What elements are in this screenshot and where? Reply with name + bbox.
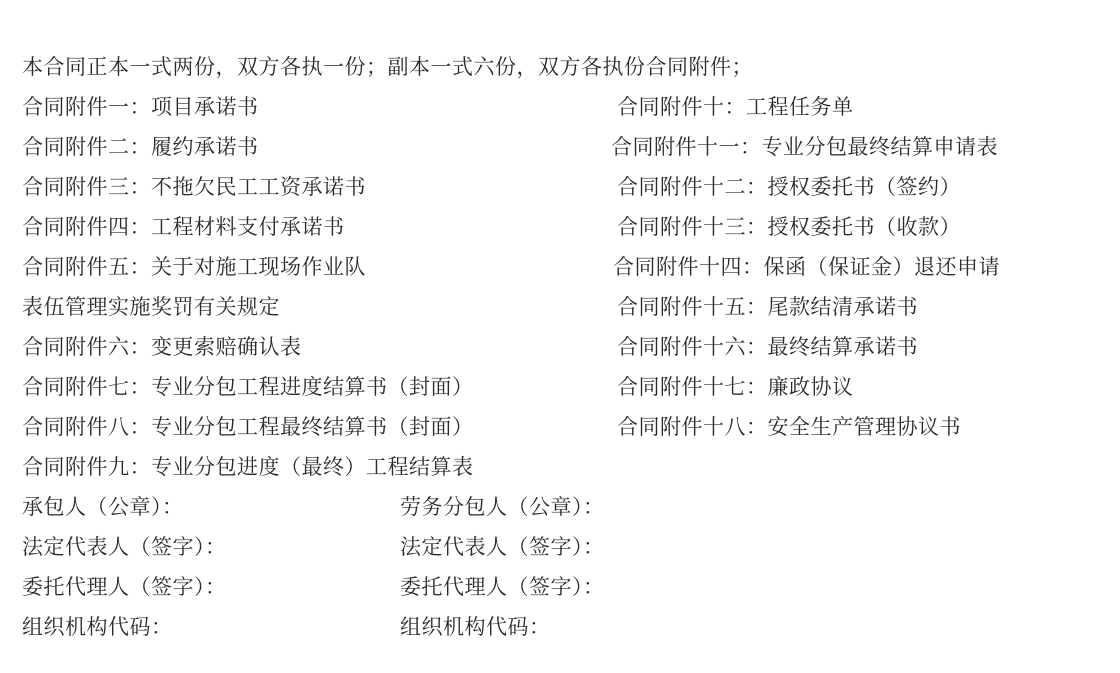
attachment-5: 合同附件五：关于对施工现场作业队 — [22, 253, 366, 281]
subcontractor-legal-rep-label: 法定代表人（签字）： — [400, 533, 605, 561]
subcontractor-org-code-label: 组织机构代码： — [400, 613, 551, 641]
attachment-11: 合同附件十一：专业分包最终结算申请表 — [611, 133, 998, 161]
contract-attachments-page: 本合同正本一式两份，双方各执一份；副本一式六份，双方各执份合同附件； 合同附件一… — [0, 0, 1120, 673]
attachment-8: 合同附件八：专业分包工程最终结算书（封面） — [22, 413, 474, 441]
attachment-9: 合同附件九：专业分包进度（最终）工程结算表 — [22, 453, 474, 481]
intro-paragraph: 本合同正本一式两份，双方各执一份；副本一式六份，双方各执份合同附件； — [22, 53, 753, 81]
attachment-6: 合同附件六：变更索赔确认表 — [22, 333, 302, 361]
subcontractor-agent-label: 委托代理人（签字）： — [400, 573, 605, 601]
attachment-5-continued: 表伍管理实施奖罚有关规定 — [22, 293, 280, 321]
attachment-4: 合同附件四：工程材料支付承诺书 — [22, 213, 345, 241]
contractor-agent-label: 委托代理人（签字）： — [22, 573, 227, 601]
attachment-2: 合同附件二：履约承诺书 — [22, 133, 259, 161]
contractor-org-code-label: 组织机构代码： — [22, 613, 173, 641]
subcontractor-seal-label: 劳务分包人（公章）： — [400, 493, 605, 521]
attachment-14: 合同附件十四：保函（保证金）退还申请 — [613, 253, 1000, 281]
attachment-17: 合同附件十七：廉政协议 — [617, 373, 854, 401]
contractor-legal-rep-label: 法定代表人（签字）： — [22, 533, 227, 561]
attachment-16: 合同附件十六：最终结算承诺书 — [617, 333, 918, 361]
contractor-seal-label: 承包人（公章）： — [22, 493, 184, 521]
attachment-10: 合同附件十：工程任务单 — [617, 93, 854, 121]
attachment-7: 合同附件七：专业分包工程进度结算书（封面） — [22, 373, 474, 401]
attachment-3: 合同附件三：不拖欠民工工资承诺书 — [22, 173, 366, 201]
attachment-12: 合同附件十二：授权委托书（签约） — [617, 173, 961, 201]
attachment-18: 合同附件十八：安全生产管理协议书 — [617, 413, 961, 441]
attachment-15: 合同附件十五：尾款结清承诺书 — [617, 293, 918, 321]
attachment-1: 合同附件一：项目承诺书 — [22, 93, 259, 121]
attachment-13: 合同附件十三：授权委托书（收款） — [617, 213, 961, 241]
